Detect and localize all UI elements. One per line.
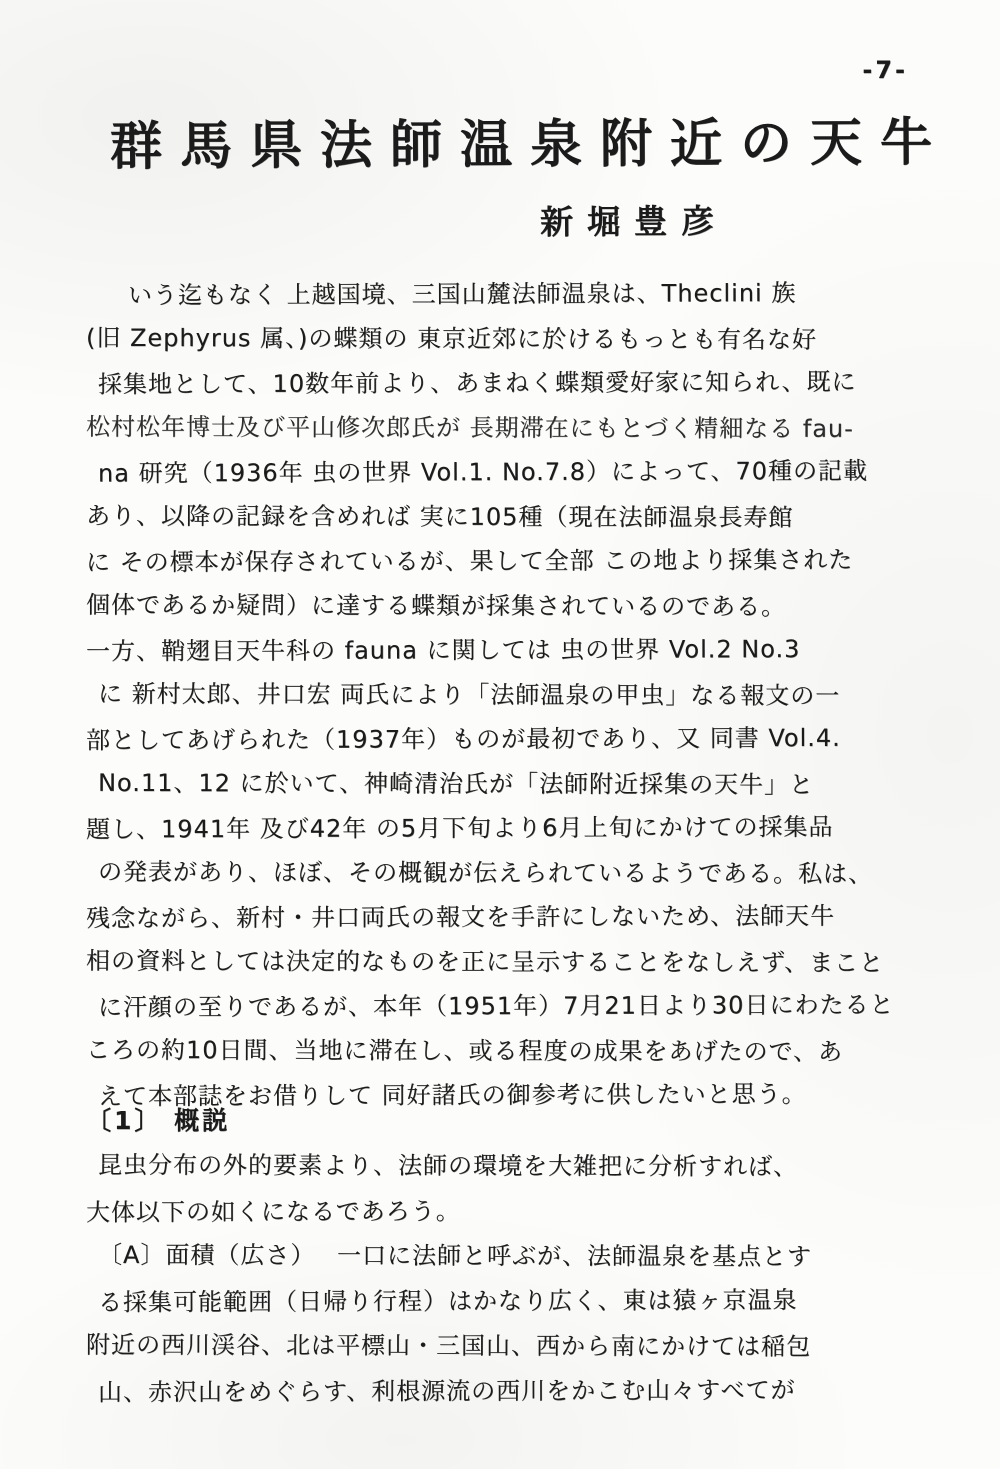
author-name: 新堀豊彦 [540, 195, 728, 243]
handwritten-line: に その標本が保存されているが、果して全部 この地より採集された [86, 537, 956, 585]
handwritten-line: 個体であるか疑問）に達する蝶類が採集されているのである。 [86, 582, 956, 629]
handwritten-line: 〔A〕面積（広さ） 一口に法師と呼ぶが、法師温泉を基点とす [86, 1233, 966, 1280]
handwritten-line: 残念ながら、新村・井口両氏の報文を手許にしないため、法師天牛 [86, 893, 956, 941]
section-1-overview: 〔1〕 概説 昆虫分布の外的要素より、法師の環境を大雑把に分析すれば、 大体以下… [86, 1098, 966, 1414]
handwritten-line: る採集可能範囲（日帰り行程）はかなり広く、東は猿ヶ京温泉 [86, 1277, 966, 1325]
handwritten-line: の発表があり、ほぼ、その概観が伝えられているようである。私は、 [86, 849, 956, 896]
handwritten-line: 相の資料としては決定的なものを正に呈示することをなしえず、まこと [86, 938, 956, 985]
handwritten-line: No.11、12 に於いて、神崎清治氏が「法師附近採集の天牛」と [86, 760, 956, 807]
intro-paragraph: いう迄もなく 上越国境、三国山麓法師温泉は、Theclini 族 (旧 Zeph… [86, 272, 956, 1118]
handwritten-line: に 新村太郎、井口宏 両氏により「法師温泉の甲虫」なる報文の一 [86, 671, 956, 718]
handwritten-line: 一方、鞘翅目天牛科の fauna に関しては 虫の世界 Vol.2 No.3 [86, 626, 956, 674]
scanned-document-page: -7- 群馬県法師温泉附近の天牛 新堀豊彦 いう迄もなく 上越国境、三国山麓法師… [0, 0, 1000, 1469]
handwritten-line: に汗顔の至りであるが、本年（1951年）7月21日より30日にわたると [86, 982, 956, 1030]
handwritten-line: 部としてあげられた（1937年）ものが最初であり、又 同書 Vol.4. [86, 715, 956, 763]
handwritten-line: (旧 Zephyrus 属、)の蝶類の 東京近郊に於けるもっとも有名な好 [86, 315, 956, 362]
handwritten-line: 大体以下の如くになるであろう。 [86, 1187, 966, 1235]
handwritten-line: 題し、1941年 及び42年 の5月下旬より6月上旬にかけての採集品 [86, 804, 956, 852]
handwritten-line: na 研究（1936年 虫の世界 Vol.1. No.7.8）によって、70種の… [86, 448, 956, 496]
page-number: -7- [862, 56, 908, 84]
document-title: 群馬県法師温泉附近の天牛 [110, 100, 930, 179]
handwritten-line: ころの約10日間、当地に滞在し、或る程度の成果をあげたので、あ [86, 1027, 956, 1074]
handwritten-line: 山、赤沢山をめぐらす、利根源流の西川をかこむ山々すべてが [86, 1367, 966, 1415]
handwritten-line: 附近の西川渓谷、北は平標山・三国山、西から南にかけては稲包 [86, 1323, 966, 1370]
handwritten-line: 昆虫分布の外的要素より、法師の環境を大雑把に分析すれば、 [86, 1143, 966, 1190]
handwritten-line: いう迄もなく 上越国境、三国山麓法師温泉は、Theclini 族 [86, 270, 956, 318]
handwritten-line: あり、以降の記録を含めれば 実に105種（現在法師温泉長寿館 [86, 493, 956, 540]
section-heading: 〔1〕 概説 [86, 1098, 966, 1144]
handwritten-line: 松村松年博士及び平山修次郎氏が 長期滞在にもとづく精細なる fau- [86, 404, 956, 451]
handwritten-line: 採集地として、10数年前より、あまねく蝶類愛好家に知られ、既に [86, 359, 956, 407]
